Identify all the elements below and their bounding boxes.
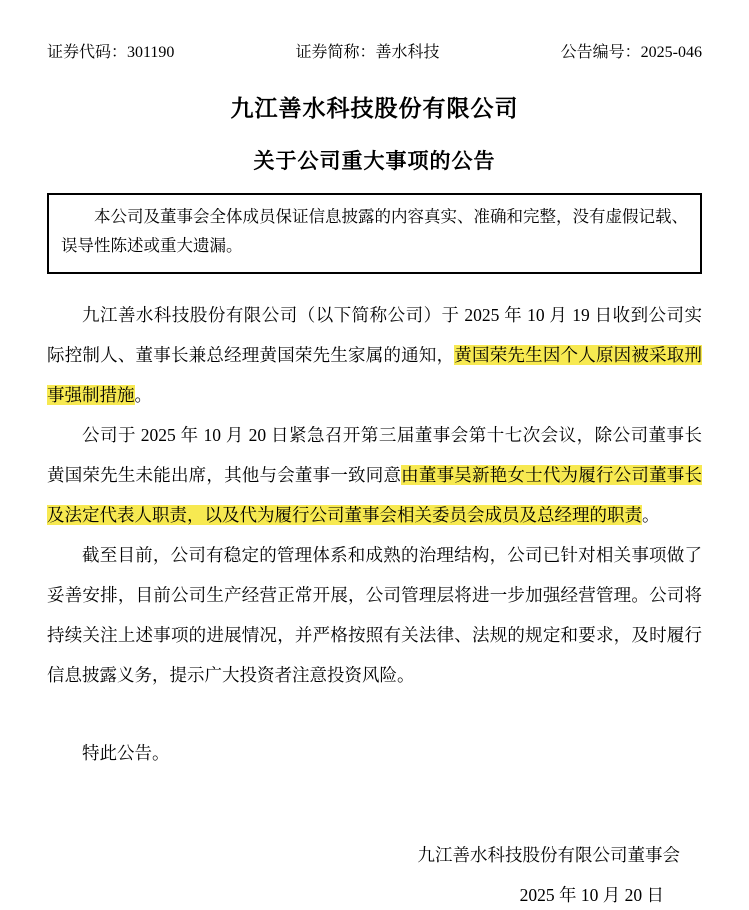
stock-code: 证券代码：301190 [47, 42, 174, 64]
stock-code-value: 301190 [127, 44, 174, 61]
disclaimer-box: 本公司及董事会全体成员保证信息披露的内容真实、准确和完整，没有虚假记载、误导性陈… [47, 193, 702, 274]
announcement-number-value: 2025-046 [641, 44, 702, 61]
body-paragraph: 截至目前，公司有稳定的管理体系和成熟的治理结构，公司已针对相关事项做了妥善安排，… [47, 535, 702, 695]
page-title: 九江善水科技股份有限公司 [47, 95, 702, 123]
announcement-number: 公告编号：2025-046 [561, 42, 702, 64]
closing-statement: 特此公告。 [47, 733, 702, 773]
disclaimer-text: 本公司及董事会全体成员保证信息披露的内容真实、准确和完整，没有虚假记载、误导性陈… [61, 202, 688, 260]
stock-name: 证券简称：善水科技 [296, 42, 440, 64]
signature-line: 九江善水科技股份有限公司董事会 [47, 835, 702, 875]
document-header: 证券代码：301190 证券简称：善水科技 公告编号：2025-046 [47, 42, 702, 64]
paragraph-text: 截至目前，公司有稳定的管理体系和成熟的治理结构，公司已针对相关事项做了妥善安排，… [47, 545, 702, 685]
page-subtitle: 关于公司重大事项的公告 [47, 148, 702, 174]
stock-name-label: 证券简称： [296, 44, 376, 61]
paragraph-text: 。 [642, 505, 660, 525]
announcement-document: 证券代码：301190 证券简称：善水科技 公告编号：2025-046 九江善水… [0, 0, 749, 910]
body-paragraphs: 九江善水科技股份有限公司（以下简称公司）于 2025 年 10 月 19 日收到… [47, 295, 702, 695]
announcement-number-label: 公告编号： [561, 44, 641, 61]
stock-code-label: 证券代码： [47, 44, 127, 61]
date-line: 2025 年 10 月 20 日 [47, 875, 702, 910]
paragraph-text: 。 [135, 385, 153, 405]
body-paragraph: 九江善水科技股份有限公司（以下简称公司）于 2025 年 10 月 19 日收到… [47, 295, 702, 415]
body-paragraph: 公司于 2025 年 10 月 20 日紧急召开第三届董事会第十七次会议，除公司… [47, 415, 702, 535]
stock-name-value: 善水科技 [376, 44, 440, 61]
